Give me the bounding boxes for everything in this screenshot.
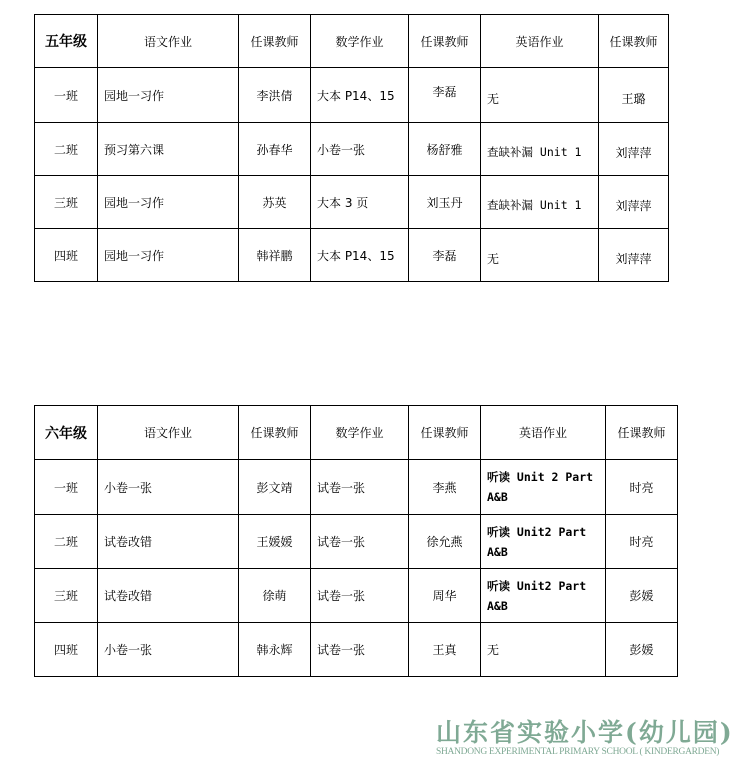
- english-teacher: 时亮: [606, 515, 678, 569]
- math-teacher: 王真: [409, 623, 481, 677]
- english-teacher: 刘萍萍: [599, 123, 669, 176]
- header-english-homework: 英语作业: [481, 406, 606, 460]
- header-math-homework: 数学作业: [311, 406, 409, 460]
- grade-label: 五年级: [35, 15, 98, 68]
- chinese-homework: 小卷一张: [98, 460, 239, 515]
- math-teacher: 杨舒雅: [409, 123, 481, 176]
- class-name: 一班: [35, 68, 98, 123]
- chinese-homework: 试卷改错: [98, 515, 239, 569]
- table-row: 三班 园地一习作 苏英 大本 3 页 刘玉丹 查缺补漏 Unit 1 刘萍萍: [35, 176, 669, 229]
- header-chinese-teacher: 任课教师: [239, 15, 311, 68]
- class-name: 二班: [35, 515, 98, 569]
- math-homework: 大本 P14、15: [311, 229, 409, 282]
- table-header-row: 六年级 语文作业 任课教师 数学作业 任课教师 英语作业 任课教师: [35, 406, 678, 460]
- chinese-teacher: 韩祥鹏: [239, 229, 311, 282]
- english-homework: 查缺补漏 Unit 1: [481, 123, 599, 176]
- math-teacher: 刘玉丹: [409, 176, 481, 229]
- math-homework: 试卷一张: [311, 515, 409, 569]
- table-row: 一班 园地一习作 李洪倩 大本 P14、15 李磊 无 王璐: [35, 68, 669, 123]
- class-name: 二班: [35, 123, 98, 176]
- english-homework: 听读 Unit2 Part A&B: [481, 569, 606, 623]
- english-homework: 查缺补漏 Unit 1: [481, 176, 599, 229]
- header-english-teacher: 任课教师: [606, 406, 678, 460]
- math-homework: 试卷一张: [311, 569, 409, 623]
- english-homework: 无: [481, 229, 599, 282]
- math-teacher: 李磊: [409, 229, 481, 282]
- table-row: 二班 试卷改错 王媛媛 试卷一张 徐允燕 听读 Unit2 Part A&B 时…: [35, 515, 678, 569]
- school-name-chinese: 山东省实验小学(幼儿园): [436, 718, 731, 748]
- school-name-english: SHANDONG EXPERIMENTAL PRIMARY SCHOOL ( K…: [436, 747, 731, 757]
- math-homework: 试卷一张: [311, 460, 409, 515]
- header-english-homework: 英语作业: [481, 15, 599, 68]
- class-name: 一班: [35, 460, 98, 515]
- math-homework: 试卷一张: [311, 623, 409, 677]
- english-teacher: 刘萍萍: [599, 229, 669, 282]
- class-name: 四班: [35, 229, 98, 282]
- chinese-homework: 预习第六课: [98, 123, 239, 176]
- school-logo: 山东省实验小学(幼儿园) SHANDONG EXPERIMENTAL PRIMA…: [436, 718, 731, 757]
- english-teacher: 王璐: [599, 68, 669, 123]
- chinese-teacher: 李洪倩: [239, 68, 311, 123]
- chinese-teacher: 韩永辉: [239, 623, 311, 677]
- chinese-homework: 园地一习作: [98, 176, 239, 229]
- english-homework: 无: [481, 68, 599, 123]
- math-homework: 小卷一张: [311, 123, 409, 176]
- chinese-homework: 园地一习作: [98, 229, 239, 282]
- english-homework: 无: [481, 623, 606, 677]
- chinese-homework: 小卷一张: [98, 623, 239, 677]
- table-row: 四班 园地一习作 韩祥鹏 大本 P14、15 李磊 无 刘萍萍: [35, 229, 669, 282]
- table-header-row: 五年级 语文作业 任课教师 数学作业 任课教师 英语作业 任课教师: [35, 15, 669, 68]
- math-homework: 大本 P14、15: [311, 68, 409, 123]
- table-row: 四班 小卷一张 韩永辉 试卷一张 王真 无 彭媛: [35, 623, 678, 677]
- chinese-homework: 试卷改错: [98, 569, 239, 623]
- header-math-teacher: 任课教师: [409, 406, 481, 460]
- chinese-teacher: 徐萌: [239, 569, 311, 623]
- chinese-teacher: 彭文靖: [239, 460, 311, 515]
- grade5-homework-table: 五年级 语文作业 任课教师 数学作业 任课教师 英语作业 任课教师 一班 园地一…: [34, 14, 669, 282]
- chinese-homework: 园地一习作: [98, 68, 239, 123]
- class-name: 四班: [35, 623, 98, 677]
- header-math-teacher: 任课教师: [409, 15, 481, 68]
- table-row: 三班 试卷改错 徐萌 试卷一张 周华 听读 Unit2 Part A&B 彭媛: [35, 569, 678, 623]
- header-chinese-teacher: 任课教师: [239, 406, 311, 460]
- english-teacher: 刘萍萍: [599, 176, 669, 229]
- header-math-homework: 数学作业: [311, 15, 409, 68]
- header-chinese-homework: 语文作业: [98, 406, 239, 460]
- chinese-teacher: 孙春华: [239, 123, 311, 176]
- class-name: 三班: [35, 569, 98, 623]
- table-row: 一班 小卷一张 彭文靖 试卷一张 李燕 听读 Unit 2 Part A&B 时…: [35, 460, 678, 515]
- grade-label: 六年级: [35, 406, 98, 460]
- math-teacher: 周华: [409, 569, 481, 623]
- math-teacher: 李燕: [409, 460, 481, 515]
- chinese-teacher: 王媛媛: [239, 515, 311, 569]
- table-row: 二班 预习第六课 孙春华 小卷一张 杨舒雅 查缺补漏 Unit 1 刘萍萍: [35, 123, 669, 176]
- grade6-homework-table: 六年级 语文作业 任课教师 数学作业 任课教师 英语作业 任课教师 一班 小卷一…: [34, 405, 678, 677]
- english-teacher: 时亮: [606, 460, 678, 515]
- header-english-teacher: 任课教师: [599, 15, 669, 68]
- english-teacher: 彭媛: [606, 623, 678, 677]
- english-homework: 听读 Unit2 Part A&B: [481, 515, 606, 569]
- math-teacher: 李磊: [409, 68, 481, 123]
- class-name: 三班: [35, 176, 98, 229]
- english-homework: 听读 Unit 2 Part A&B: [481, 460, 606, 515]
- math-teacher: 徐允燕: [409, 515, 481, 569]
- header-chinese-homework: 语文作业: [98, 15, 239, 68]
- math-homework: 大本 3 页: [311, 176, 409, 229]
- english-teacher: 彭媛: [606, 569, 678, 623]
- chinese-teacher: 苏英: [239, 176, 311, 229]
